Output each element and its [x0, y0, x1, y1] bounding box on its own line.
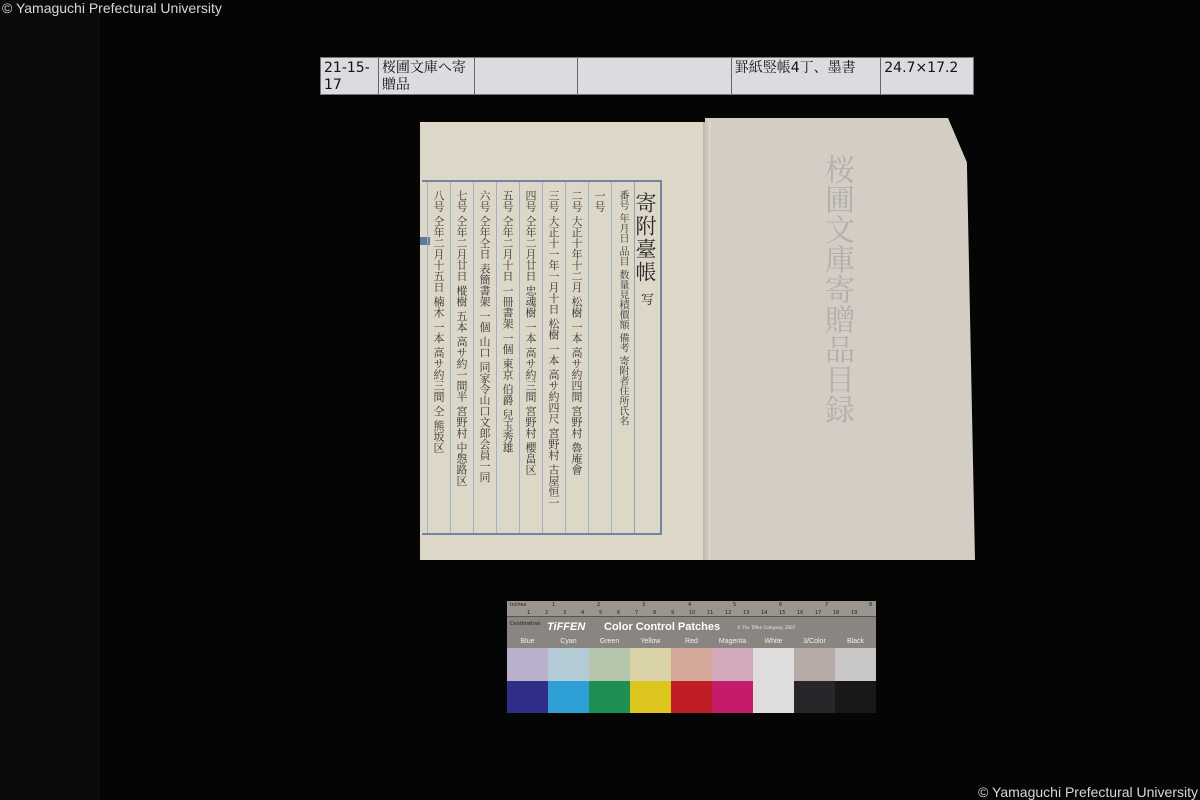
- label-cell-empty-1: [475, 58, 579, 94]
- ruler-cm-tick: 10: [689, 610, 695, 616]
- patch-light: [835, 648, 876, 681]
- label-cell-id: 21-15-17: [321, 58, 379, 94]
- ruler-cm-tick: 12: [725, 610, 731, 616]
- ruler-cm-tick: 9: [671, 610, 674, 616]
- ledger-entry: 五号 仝年二月十日 一冊書架 一個 東京 伯爵 兒玉秀雄: [496, 182, 519, 533]
- ruler-cm-tick: 7: [635, 610, 638, 616]
- ruler-in-tick: 6: [779, 602, 782, 608]
- patch-label: Yellow: [630, 638, 671, 645]
- ledger-entry: 一号: [588, 182, 611, 533]
- ruler-cm-tick: 4: [581, 610, 584, 616]
- entry-text: 仝年二月十五日 楠木 一本 高サ約三間 仝 熊坂区: [432, 216, 445, 453]
- patch-label: Green: [589, 638, 630, 645]
- ledger-entry: 二号 大正十年十二月 松樹 一本 高サ約四間 宮野村 魯庵會: [565, 182, 588, 533]
- patch-column-white: [753, 648, 794, 713]
- patch-dark: [794, 681, 835, 714]
- patch-label: Magenta: [712, 638, 753, 645]
- patch-label: Black: [835, 638, 876, 645]
- ledger-grid: 寄附臺帳 写 番号 年月日 品目 数量見積價額 備考 寄附者住所氏名 一号 二号…: [422, 180, 662, 535]
- patch-column-yellow: [630, 648, 671, 713]
- ruler-cm-tick: 8: [653, 610, 656, 616]
- ruler-cm-tick: 17: [815, 610, 821, 616]
- patch-light: [671, 648, 712, 681]
- ledger-entry: 三号 大正十一年一月十日 松樹 一本 高サ約四尺 宮野村 古屋恒一: [542, 182, 565, 533]
- patch-dark: [712, 681, 753, 714]
- patch-label: Cyan: [548, 638, 589, 645]
- entry-number: 四号: [524, 190, 537, 212]
- ruler-cm-tick: 1: [527, 610, 530, 616]
- patch-column-cyan: [548, 648, 589, 713]
- patch-white: [753, 648, 794, 713]
- color-control-chart: Inches 1 2 3 4 5 6 7 8 1 2 3 4 5 6 7 8 9…: [507, 601, 876, 713]
- entry-text: 仝年二月廿日 忠魂樹 一本 高サ約三間 宮野村 櫻畠区: [524, 216, 537, 475]
- ledger-entry: 六号 仝年仝日 表簡書架 一個 山口 同家令山口文郎会員一同: [473, 182, 496, 533]
- entry-text: 仝年二月十日 一冊書架 一個 東京 伯爵 兒玉秀雄: [501, 216, 514, 453]
- tiffen-logo: TiFFEN: [547, 621, 585, 633]
- catalog-label-strip: 21-15-17 桜圃文庫へ寄贈品 罫紙竪帳4丁、墨書 24.7×17.2: [320, 57, 974, 95]
- entry-text: 大正十一年一月十日 松樹 一本 高サ約四尺 宮野村 古屋恒一: [547, 216, 560, 508]
- patch-dark: [671, 681, 712, 714]
- entry-number: 八号: [432, 190, 445, 212]
- patch-label: Blue: [507, 638, 548, 645]
- entry-number: 一号: [593, 190, 606, 212]
- label-cell-size: 24.7×17.2: [881, 58, 973, 94]
- entry-number: 六号: [478, 190, 491, 212]
- ruler-cm-tick: 15: [779, 610, 785, 616]
- page-gutter: [703, 122, 711, 560]
- patch-light: [548, 648, 589, 681]
- ruler-cm-tick: 19: [851, 610, 857, 616]
- chart-copyright: © The Tiffen Company, 2007: [737, 625, 795, 630]
- ledger-entry: 四号 仝年二月廿日 忠魂樹 一本 高サ約三間 宮野村 櫻畠区: [519, 182, 542, 533]
- entry-number: 七号: [455, 190, 468, 212]
- ruler-in-tick: 1: [552, 602, 555, 608]
- patch-dark: [548, 681, 589, 714]
- title-text: 寄附臺帳: [633, 192, 657, 284]
- color-patches: [507, 648, 876, 713]
- left-page: 寄附臺帳 写 番号 年月日 品目 数量見積價額 備考 寄附者住所氏名 一号 二号…: [420, 122, 708, 560]
- patch-column-magenta: [712, 648, 753, 713]
- patch-dark: [589, 681, 630, 714]
- ruler-cm-tick: 18: [833, 610, 839, 616]
- watermark-top: © Yamaguchi Prefectural University: [2, 0, 222, 16]
- ruler: Inches 1 2 3 4 5 6 7 8 1 2 3 4 5 6 7 8 9…: [507, 601, 876, 617]
- ruler-cm-label: Centimetres: [510, 621, 541, 627]
- patch-column-red: [671, 648, 712, 713]
- ruler-in-tick: 5: [733, 602, 736, 608]
- ruler-in-tick: 8: [869, 602, 872, 608]
- ledger-entry: 七号 仝年二月廿日 樅樹 五本 高サ約一間半 宮野村 中慇路区: [450, 182, 473, 533]
- entry-text: 仝年二月廿日 樅樹 五本 高サ約一間半 宮野村 中慇路区: [455, 216, 468, 486]
- ledger-title: 寄附臺帳 写: [634, 182, 660, 533]
- entry-text: 仝年仝日 表簡書架 一個 山口 同家令山口文郎会員一同: [478, 216, 491, 483]
- ruler-cm-tick: 5: [599, 610, 602, 616]
- title-note: 写: [638, 293, 653, 308]
- label-cell-format: 罫紙竪帳4丁、墨書: [732, 58, 882, 94]
- right-page: 桜圃文庫寄贈品目録: [705, 118, 975, 560]
- patch-labels: Blue Cyan Green Yellow Red Magenta White…: [507, 638, 876, 645]
- patch-dark: [835, 681, 876, 714]
- ruler-cm-tick: 2: [545, 610, 548, 616]
- entry-number: 二号: [570, 190, 583, 212]
- patch-light: [630, 648, 671, 681]
- ruler-in-tick: 2: [597, 602, 600, 608]
- patch-label: Red: [671, 638, 712, 645]
- entry-number: 三号: [547, 190, 560, 212]
- patch-light: [794, 648, 835, 681]
- ruler-cm-tick: 3: [563, 610, 566, 616]
- patch-dark: [507, 681, 548, 714]
- label-cell-title: 桜圃文庫へ寄贈品: [379, 58, 475, 94]
- patch-light: [589, 648, 630, 681]
- ruler-inches-label: Inches: [510, 602, 526, 608]
- patch-column-blue: [507, 648, 548, 713]
- entry-number: 五号: [501, 190, 514, 212]
- patch-column-green: [589, 648, 630, 713]
- patch-light: [507, 648, 548, 681]
- open-book: 寄附臺帳 写 番号 年月日 品目 数量見積價額 備考 寄附者住所氏名 一号 二号…: [420, 118, 978, 560]
- patch-light: [712, 648, 753, 681]
- chart-title: Color Control Patches: [604, 621, 720, 633]
- ruler-cm-tick: 13: [743, 610, 749, 616]
- ruler-cm-tick: 16: [797, 610, 803, 616]
- watermark-bottom: © Yamaguchi Prefectural University: [978, 784, 1198, 800]
- ruler-cm-tick: 14: [761, 610, 767, 616]
- ruler-cm-tick: 11: [707, 610, 713, 616]
- patch-dark: [630, 681, 671, 714]
- patch-column-black: [835, 648, 876, 713]
- patch-label: 3/Color: [794, 638, 835, 645]
- ledger-entry: 八号 仝年二月十五日 楠木 一本 高サ約三間 仝 熊坂区: [427, 182, 450, 533]
- label-cell-empty-2: [578, 58, 732, 94]
- ruler-in-tick: 3: [642, 602, 645, 608]
- entry-text: 大正十年十二月 松樹 一本 高サ約四間 宮野村 魯庵會: [570, 216, 583, 475]
- ruler-in-tick: 7: [825, 602, 828, 608]
- bleed-through-text: 桜圃文庫寄贈品目録: [815, 154, 855, 424]
- ruler-cm-tick: 6: [617, 610, 620, 616]
- ruler-in-tick: 4: [688, 602, 691, 608]
- patch-column-3color: [794, 648, 835, 713]
- patch-label: White: [753, 638, 794, 645]
